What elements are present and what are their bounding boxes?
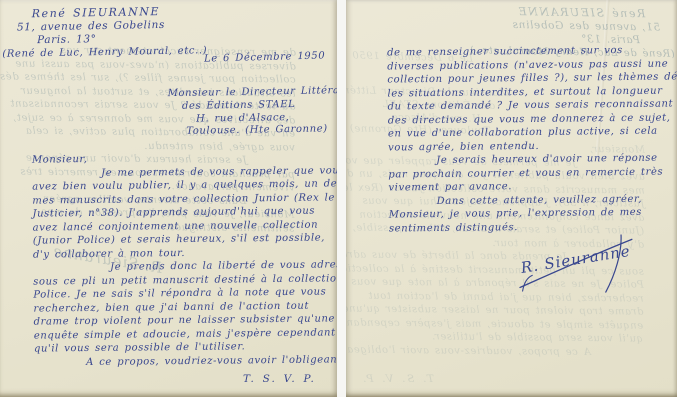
sender-pseudonyms: (René de Luc, Henry Moural, etc..) [2,45,207,60]
page1-body: Monsieur, Je me permets de vous rappeler… [32,150,334,369]
letter-page-2: René SIEURANNE 51, avenue des Gobelins P… [346,0,677,397]
recipient-line: Toulouse. (Hte Garonne) [186,123,337,137]
letter-page-1: de me renseigner succinctement sur vos d… [0,0,337,397]
signature-block: R. Sieuranne [510,228,648,312]
body-line: A ce propos, voudriez-vous avoir l'oblig… [86,353,334,369]
page2-body: de me renseigner succinctement sur vos d… [387,44,674,236]
recipient-line: Monsieur le Directeur Littéraire [168,85,337,99]
recipient-block: Monsieur le Directeur Littéraire des Édi… [0,85,337,140]
recipient-line: des Éditions STAEL [182,98,337,112]
tsvp-note: T. S. V. P. [243,373,316,385]
sender-address-line2: Paris. 13° [37,31,207,46]
letter-date: Le 6 Décembre 1950 [204,50,325,64]
sender-block: René SIEURANNE 51, avenue des Gobelins P… [2,4,208,60]
letter-scan: de me renseigner succinctement sur vos d… [0,0,677,397]
